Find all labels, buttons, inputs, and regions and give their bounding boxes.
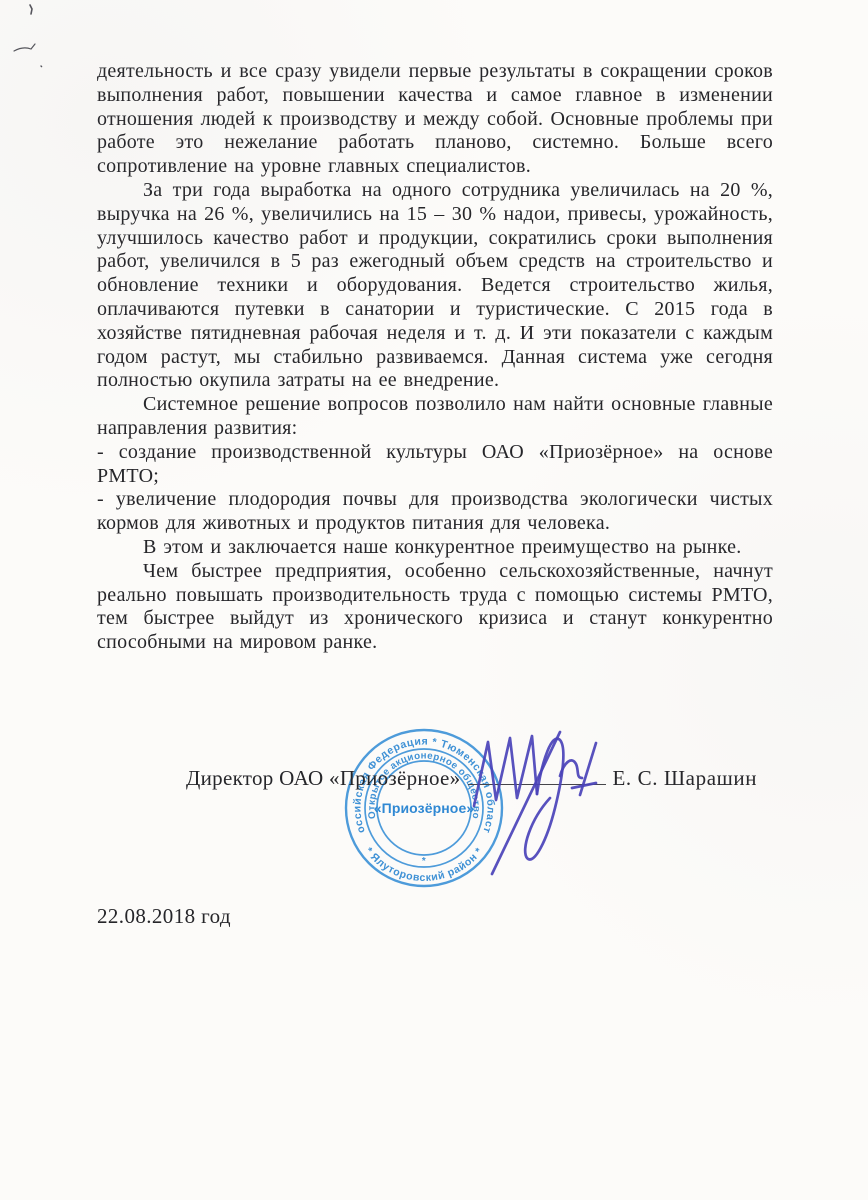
signature-loop-stroke	[525, 739, 563, 860]
scan-artifact-marks	[0, 0, 60, 80]
pen-speck	[30, 5, 32, 14]
signature-peaks-stroke	[474, 736, 537, 806]
date-line: 22.08.2018 год	[97, 904, 231, 929]
list-item-culture: - создание производственной культуры ОАО…	[97, 441, 773, 489]
paragraph-continuation: деятельность и все сразу увидели первые …	[97, 60, 773, 179]
letter-body: деятельность и все сразу увидели первые …	[97, 60, 773, 655]
pen-dot	[41, 66, 42, 67]
paragraph-advantage: В этом и заключается наше конкурентное п…	[97, 536, 773, 560]
handwritten-signature	[460, 698, 625, 888]
pen-squiggle	[14, 44, 35, 51]
signatory-title: Директор ОАО «Приозёрное»	[186, 766, 460, 791]
paragraph-conclusion: Чем быстрее предприятия, особенно сельск…	[97, 560, 773, 655]
paragraph-results: За три года выработка на одного сотрудни…	[97, 179, 773, 393]
paragraph-directions: Системное решение вопросов позволило нам…	[97, 393, 773, 441]
stamp-inner-ring-star: *	[422, 856, 426, 867]
scanned-letter-page: деятельность и все сразу увидели первые …	[0, 0, 868, 1200]
list-item-soil: - увеличение плодородия почвы для произв…	[97, 488, 773, 536]
signatory-name: Е. С. Шарашин	[612, 766, 757, 791]
